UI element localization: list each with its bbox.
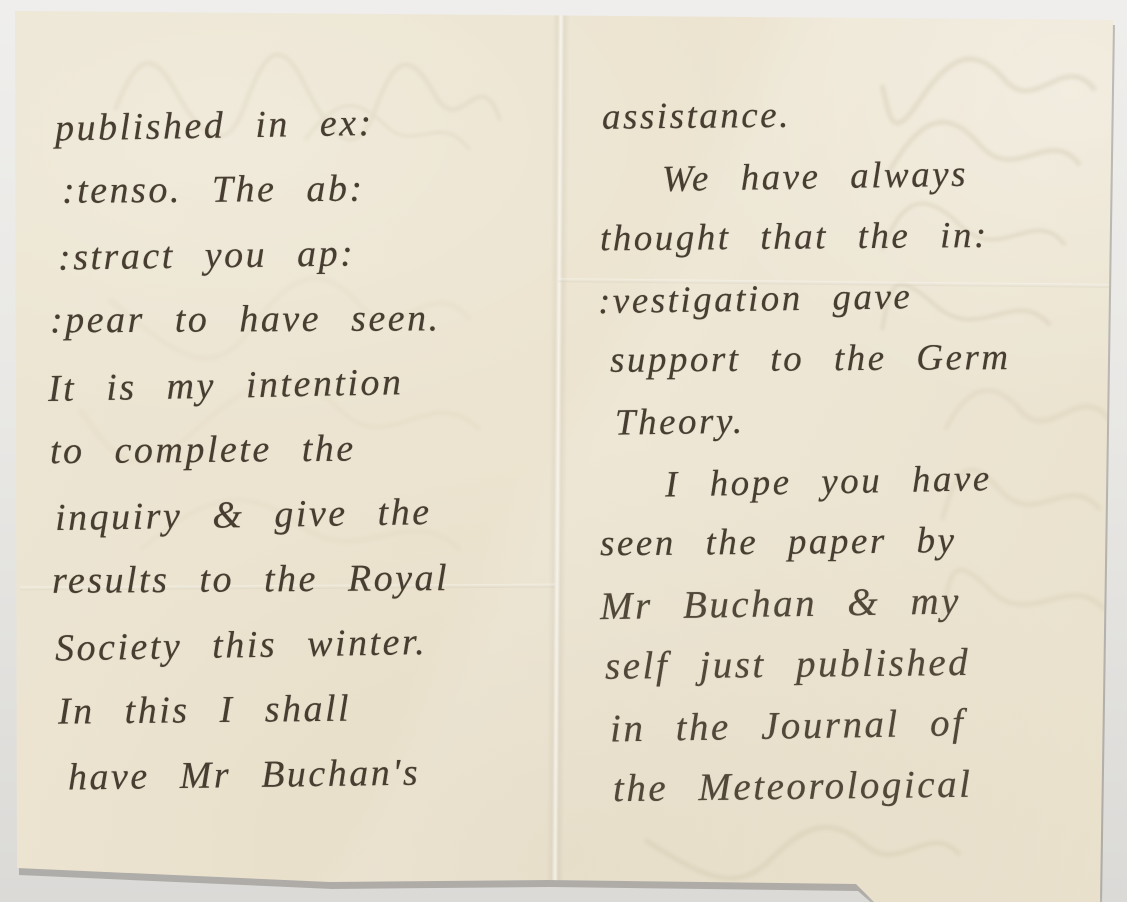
handwritten-line: the Meteorological bbox=[613, 752, 1127, 819]
handwritten-line: to complete the bbox=[50, 415, 571, 485]
handwritten-line: thought that the in: bbox=[600, 204, 1127, 270]
handwritten-line: :tenso. The ab: bbox=[62, 155, 570, 224]
handwritten-line: have Mr Buchan's bbox=[68, 738, 571, 810]
handwritten-line: published in ex: bbox=[54, 88, 570, 162]
handwritten-line: In this I shall bbox=[58, 674, 571, 744]
handwritten-line: Mr Buchan & my bbox=[600, 568, 1127, 637]
handwritten-line: :pear to have seen. bbox=[50, 286, 570, 354]
letter-sheet: published in ex: :tenso. The ab: :stract… bbox=[0, 0, 1127, 902]
right-page: assistance. We have always thought that … bbox=[598, 84, 1127, 816]
handwritten-line: seen the paper by bbox=[600, 509, 1127, 575]
handwritten-line: :stract you ap: bbox=[58, 218, 571, 290]
handwritten-line: It is my intention bbox=[47, 347, 570, 422]
ink-showthrough-right-bottom bbox=[640, 815, 970, 885]
handwritten-line: Theory. bbox=[615, 385, 1127, 453]
handwritten-line: support to the Germ bbox=[610, 326, 1127, 391]
letter-photograph: published in ex: :tenso. The ab: :stract… bbox=[0, 0, 1127, 902]
handwritten-line: self just published bbox=[605, 630, 1127, 696]
handwritten-line: assistance. bbox=[602, 81, 1127, 148]
handwritten-line: We have always bbox=[662, 141, 1127, 210]
handwritten-line: inquiry & give the bbox=[55, 478, 571, 551]
handwritten-line: results to the Royal bbox=[52, 545, 570, 614]
handwritten-line: Society this winter. bbox=[54, 608, 570, 682]
handwritten-line: :vestigation gave bbox=[598, 263, 1127, 332]
left-page: published in ex: :tenso. The ab: :stract… bbox=[40, 92, 570, 807]
handwritten-line: in the Journal of bbox=[610, 689, 1127, 759]
handwritten-line: I hope you have bbox=[664, 446, 1127, 516]
